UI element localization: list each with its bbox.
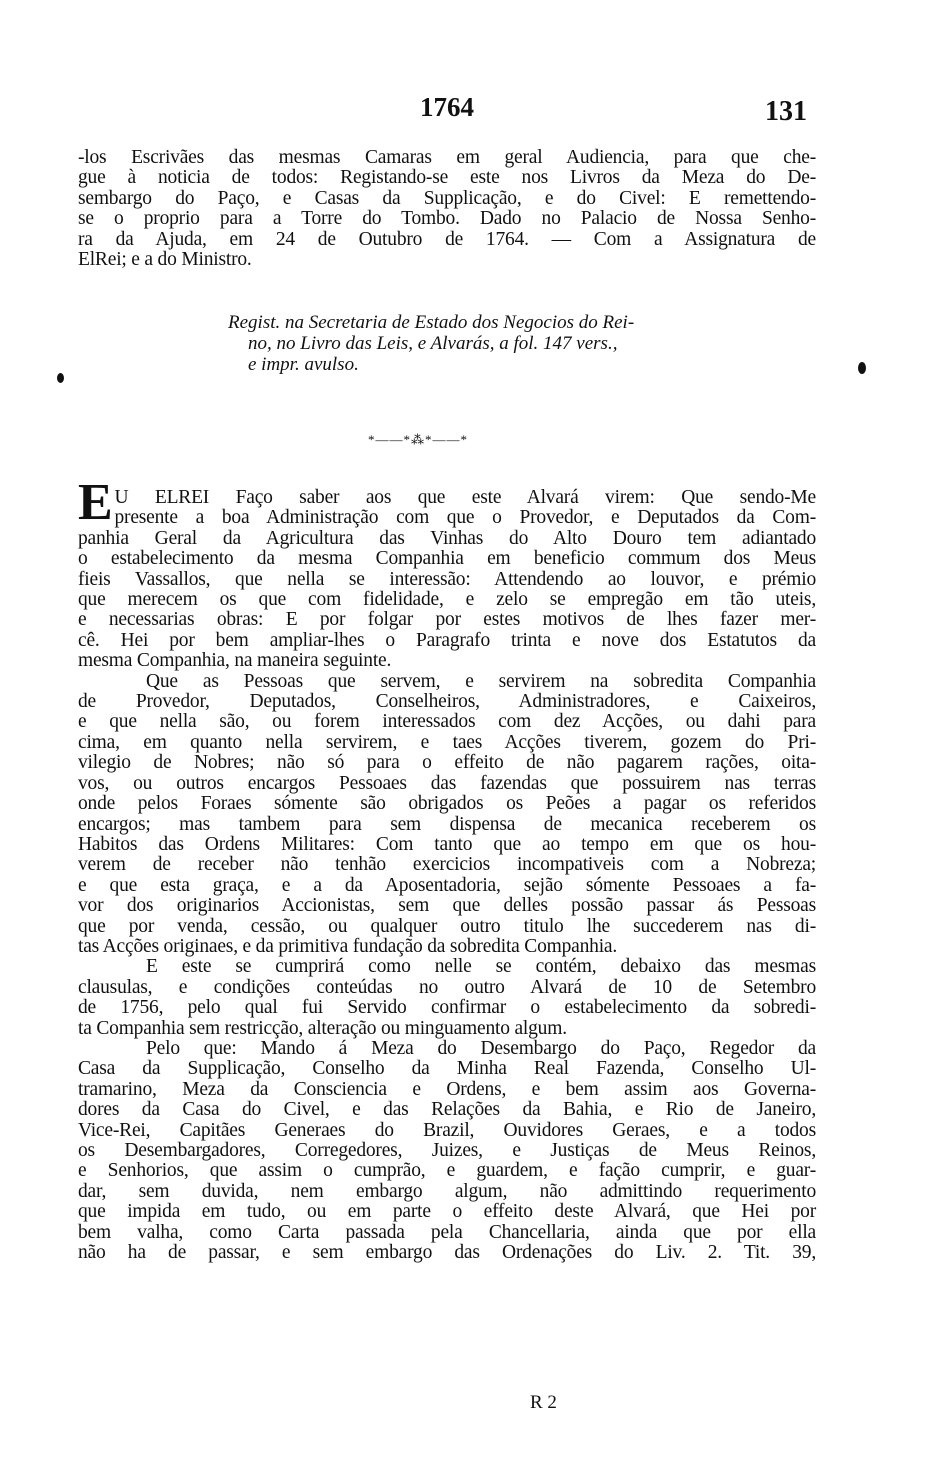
text-line: ElRei; e a do Ministro.: [78, 250, 816, 270]
drop-cap: E: [78, 480, 112, 526]
text-line: gue à noticia de todos: Registando-se es…: [78, 168, 816, 188]
text-line: panhia Geral da Agricultura das Vinhas d…: [78, 529, 816, 549]
text-line: mesma Companhia, na maneira seguinte.: [78, 651, 816, 671]
text-line: o estabelecimento da mesma Companhia em …: [78, 549, 816, 569]
text-line: que por venda, cessão, ou qualquer outro…: [78, 917, 816, 937]
text-line: tas Acções originaes, e da primitiva fun…: [78, 937, 816, 957]
paragraph-1: E U ELREI Faço saber aos que este Alvará…: [78, 478, 816, 672]
text-line: onde pelos Foraes sómente são obrigados …: [78, 794, 816, 814]
text-line: vos, ou outros encargos Pessoaes das faz…: [78, 774, 816, 794]
text-line: U ELREI Faço saber aos que este Alvará v…: [78, 478, 816, 508]
text-line: Pelo que: Mando á Meza do Desembargo do …: [78, 1039, 816, 1059]
text-line: -los Escrivães das mesmas Camaras em ger…: [78, 148, 816, 168]
alvara-body: E U ELREI Faço saber aos que este Alvará…: [78, 478, 816, 1263]
text-line: que impida em tudo, ou em parte o effeit…: [78, 1202, 816, 1222]
text-line: fieis Vassallos, que nella se interessão…: [78, 570, 816, 590]
scan-speck: [57, 373, 64, 383]
signature-mark: R 2: [530, 1392, 557, 1414]
text-line: Vice-Rei, Capitães Generaes do Brazil, O…: [78, 1121, 816, 1141]
text-line: e que esta graça, e a da Aposentadoria, …: [78, 876, 816, 896]
paragraph-3: E este se cumprirá como nelle se contém,…: [78, 957, 816, 1039]
text-line: presente a boa Administração com que o P…: [78, 508, 816, 528]
text-line: os Desembargadores, Corregedores, Juizes…: [78, 1141, 816, 1161]
text-line: e Senhorios, que assim o cumprão, e guar…: [78, 1161, 816, 1181]
text-line: bem valha, como Carta passada pela Chanc…: [78, 1223, 816, 1243]
registration-note: Regist. na Secretaria de Estado dos Nego…: [228, 312, 768, 375]
page-number: 131: [765, 96, 807, 128]
text-line: clausulas, e condições conteúdas no outr…: [78, 978, 816, 998]
text-line: de Provedor, Deputados, Conselheiros, Ad…: [78, 692, 816, 712]
text-line: ra da Ajuda, em 24 de Outubro de 1764. —…: [78, 230, 816, 250]
document-page: 1764 131 -los Escrivães das mesmas Camar…: [0, 0, 930, 1482]
preceding-decree-ending: -los Escrivães das mesmas Camaras em ger…: [78, 148, 816, 270]
text-line: cima, em quanto nella servirem, e taes A…: [78, 733, 816, 753]
text-line: sembargo do Paço, e Casas da Supplicação…: [78, 189, 816, 209]
page-header: 1764 131: [0, 92, 930, 132]
text-line: vor dos originarios Accionistas, sem que…: [78, 896, 816, 916]
running-head-year: 1764: [420, 92, 474, 123]
note-line: e impr. avulso.: [228, 354, 768, 375]
text-line: Que as Pessoas que servem, e servirem na…: [78, 672, 816, 692]
text-line: tramarino, Meza da Consciencia e Ordens,…: [78, 1080, 816, 1100]
note-line: Regist. na Secretaria de Estado dos Nego…: [228, 312, 768, 333]
paragraph-2: Que as Pessoas que servem, e servirem na…: [78, 672, 816, 958]
scan-speck: [858, 362, 866, 374]
section-divider-ornament: *——*⁂*——*: [368, 432, 468, 448]
text-line: dores da Casa do Civel, e das Relações d…: [78, 1100, 816, 1120]
text-line: e necessarias obras: E por folgar por es…: [78, 610, 816, 630]
text-line: ta Companhia sem restricção, alteração o…: [78, 1019, 816, 1039]
text-line: Habitos das Ordens Militares: Com tanto …: [78, 835, 816, 855]
text-line: vilegio de Nobres; não só para o effeito…: [78, 753, 816, 773]
text-line: de 1756, pelo qual fui Servido confirmar…: [78, 998, 816, 1018]
text-line: verem de receber não tenhão exercicios i…: [78, 855, 816, 875]
text-line: cê. Hei por bem ampliar-lhes o Paragrafo…: [78, 631, 816, 651]
text-line: se o proprio para a Torre do Tombo. Dado…: [78, 209, 816, 229]
paragraph-4: Pelo que: Mando á Meza do Desembargo do …: [78, 1039, 816, 1263]
text-line: Casa da Supplicação, Conselho da Minha R…: [78, 1059, 816, 1079]
text-line: não ha de passar, e sem embargo das Orde…: [78, 1243, 816, 1263]
text-line: E este se cumprirá como nelle se contém,…: [78, 957, 816, 977]
text-line: e que nella são, ou forem interessados c…: [78, 712, 816, 732]
note-line: no, no Livro das Leis, e Alvarás, a fol.…: [228, 333, 768, 354]
text-line: dar, sem duvida, nem embargo algum, não …: [78, 1182, 816, 1202]
text-line: que merecem os que com fidelidade, e zel…: [78, 590, 816, 610]
text-line: encargos; mas tambem para sem dispensa d…: [78, 815, 816, 835]
